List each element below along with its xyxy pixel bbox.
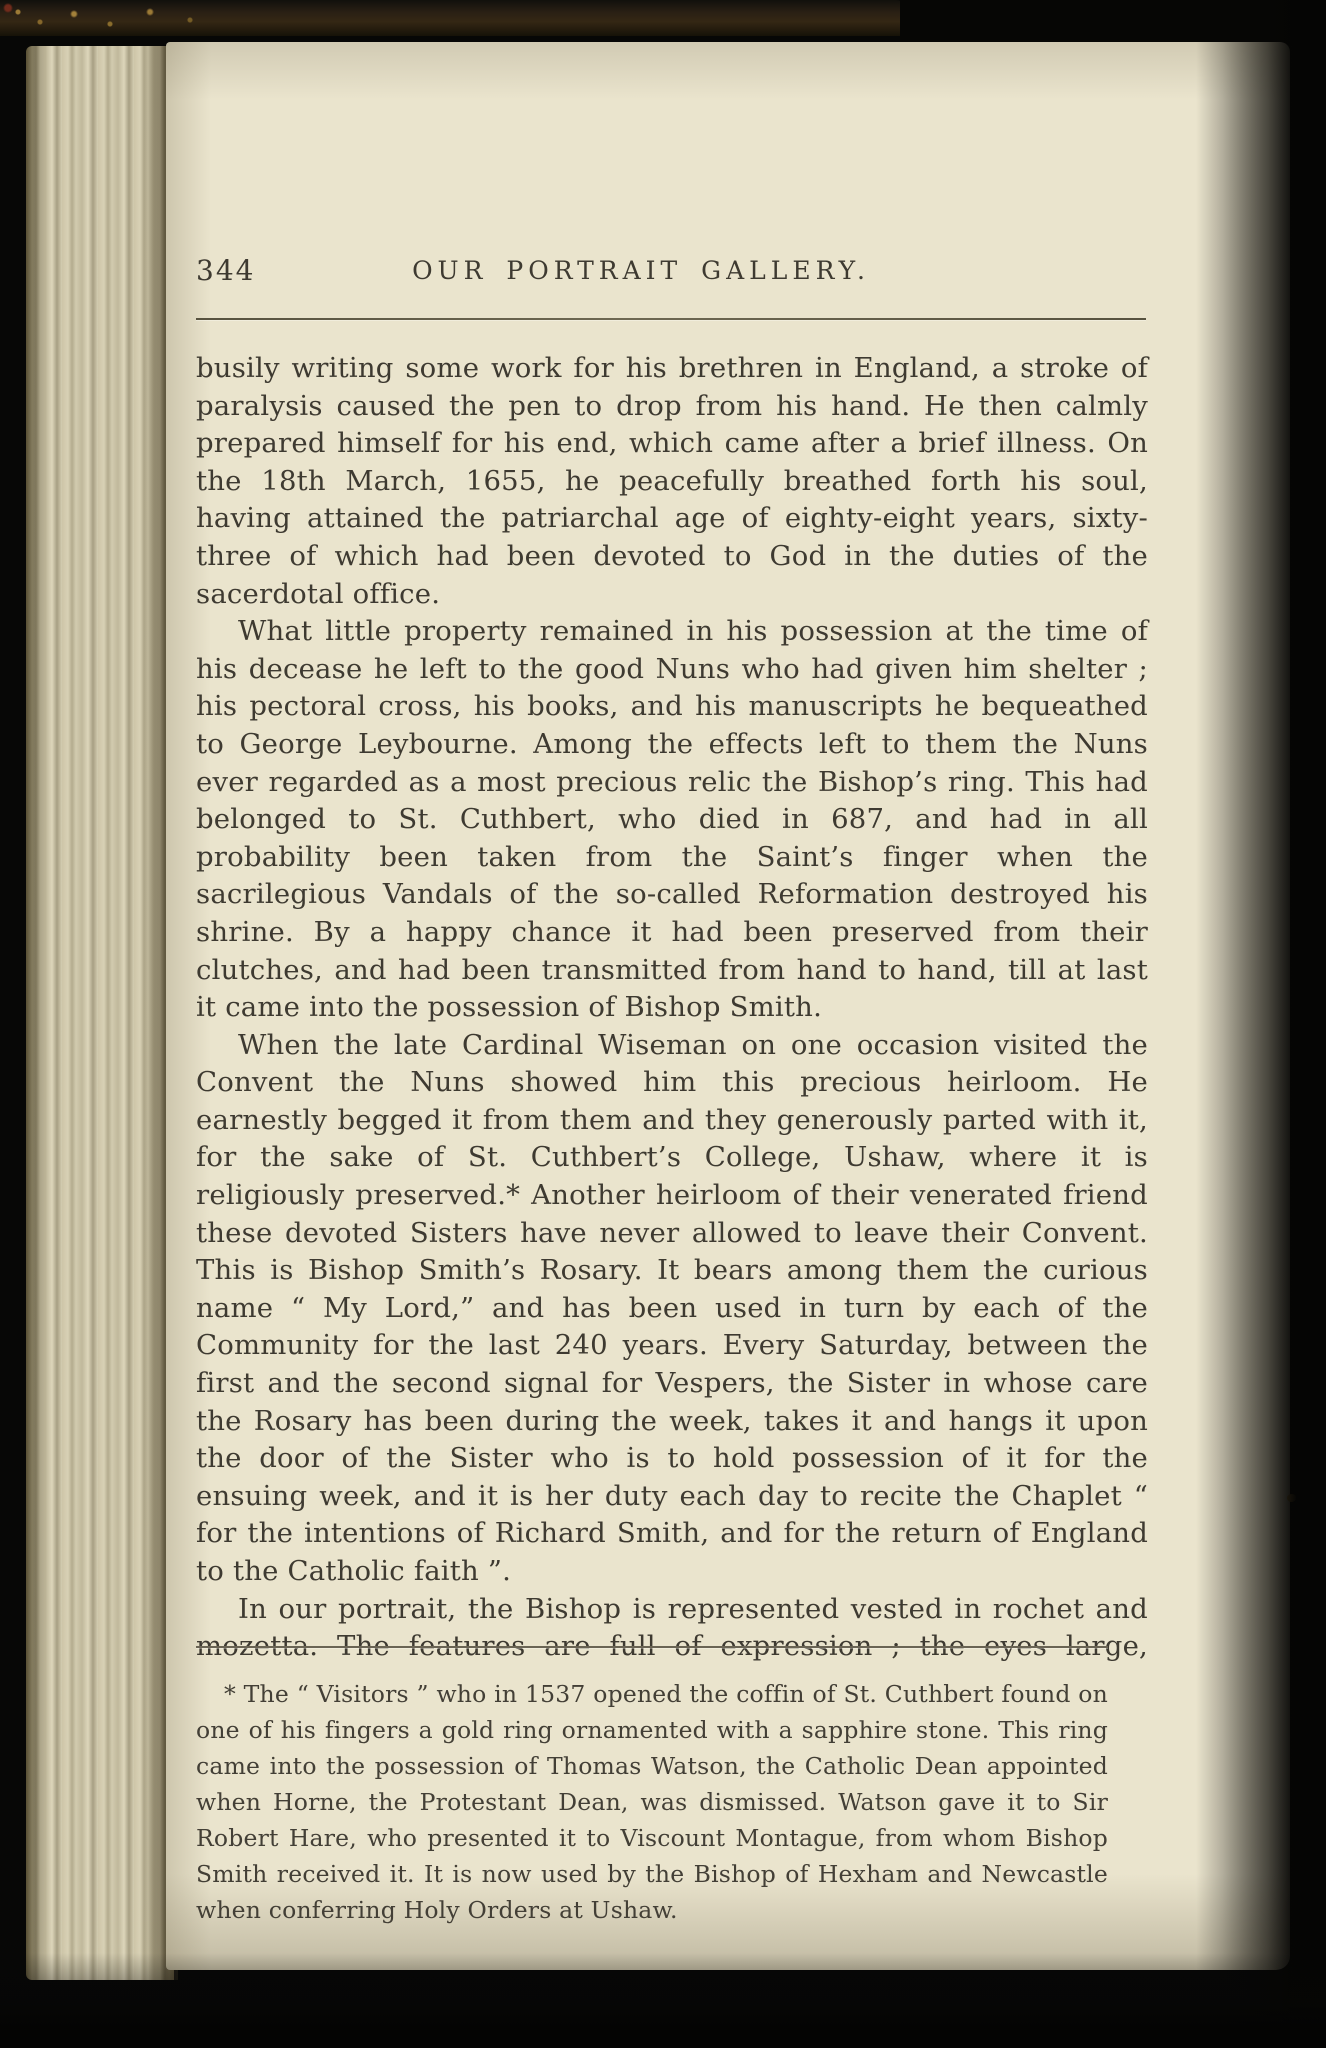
page-number: 344 [196, 254, 255, 287]
running-header: 344 OUR PORTRAIT GALLERY. [196, 254, 1146, 288]
paragraph: What little property remained in his pos… [196, 613, 1148, 1027]
header-rule [196, 318, 1146, 320]
paragraph: busily writing some work for his brethre… [196, 350, 1148, 613]
footnote-rule [196, 1646, 1108, 1648]
book-page: 344 OUR PORTRAIT GALLERY. busily writing… [166, 42, 1290, 1970]
scanned-book-photo: 344 OUR PORTRAIT GALLERY. busily writing… [0, 0, 1326, 2048]
paragraph: In our portrait, the Bishop is represent… [196, 1591, 1148, 1666]
body-text: busily writing some work for his brethre… [196, 350, 1148, 1666]
scan-artifact [1287, 1494, 1296, 1502]
cover-gilt-decoration [0, 2, 230, 32]
background-shadow-top [900, 0, 1326, 44]
footnote: * The “ Visitors ” who in 1537 opened th… [196, 1676, 1108, 1928]
running-title: OUR PORTRAIT GALLERY. [346, 256, 936, 285]
scan-artifact [1315, 793, 1322, 803]
paragraph: When the late Cardinal Wiseman on one oc… [196, 1027, 1148, 1591]
